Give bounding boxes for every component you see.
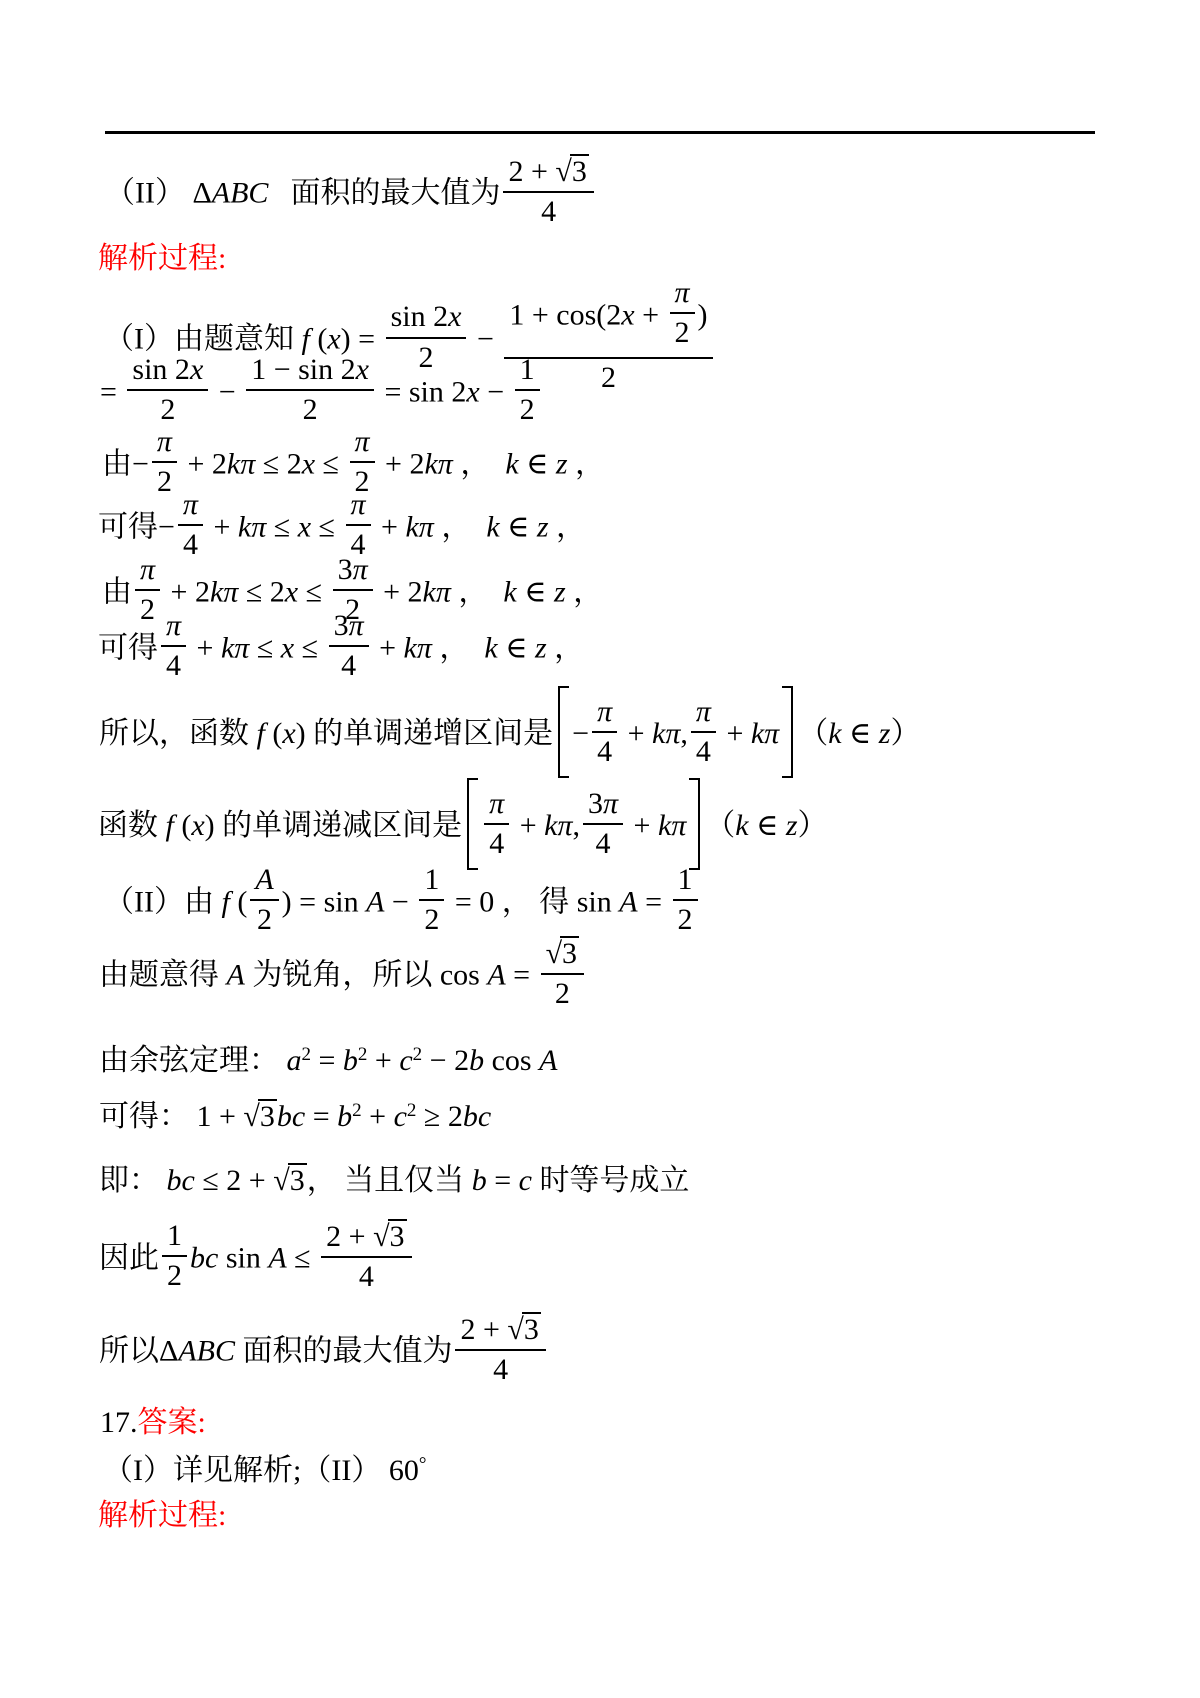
fraction: A2 [250,864,278,937]
text-run: 可得： [99,1100,197,1133]
answer-17-text: （I）详见解析;（II） 60° [103,1452,426,1490]
fraction-denominator: 2 [673,899,698,936]
radical: √3 [546,937,579,970]
math-run: cos A = [440,958,538,991]
math-run: + kπ [626,809,686,842]
math-run: bc ≤ 2 + [167,1164,274,1197]
fraction-denominator: 2 [162,1255,187,1292]
math-run: + 2kπ ≤ 2x ≤ [180,447,347,480]
math-run: 1 [167,1219,182,1252]
math-run: 4 [166,649,181,682]
increasing-interval-conclusion: 所以，函数 f (x) 的单调递增区间是−π4 + kπ,π4 + kπ（k ∈… [99,690,920,782]
text-run: ， [556,510,586,543]
math-run: 3 [390,1220,405,1253]
fraction-numerator: 1 + cos(2x + π2) [504,281,712,357]
fraction: π4 [592,696,617,769]
math-run: + kπ ≤ x ≤ [206,510,343,543]
radicand: 3 [570,154,589,187]
fraction-numerator: π [346,489,371,524]
fraction-numerator: π [152,426,177,461]
text-run: （ [798,717,828,750]
math-run: k ∈ z [486,510,556,543]
text-run: 的单调递减区间是 [215,809,463,842]
spacer [268,201,290,202]
fraction-denominator: 4 [321,1256,411,1293]
superscript: 2 [413,1044,423,1065]
text-run: ， 当且仅当 [307,1164,472,1197]
fraction-denominator: 2 [246,389,374,426]
fraction-numerator: sin 2x [386,301,467,336]
math-run: 2 [520,393,535,426]
math-run: 4 [489,827,504,860]
math-run: − [211,375,243,408]
fraction-numerator: 2 + √3 [321,1219,411,1256]
area-inequality: 因此12bc sin A ≤ 2 + √34 [99,1223,415,1298]
text-run: 解析过程: [98,242,226,275]
text-run: （ [705,809,735,842]
fraction: 3π4 [329,610,369,683]
math-run: sin 2x [391,300,462,333]
text-run: ， [554,631,584,664]
fraction-numerator: 1 − sin 2x [246,354,374,389]
math-run: + 2kπ [376,575,459,608]
text-run: 解析过程: [98,1499,226,1532]
radical: √3 [243,1100,276,1133]
fraction-numerator: π [592,696,617,731]
cosine-rule: 由余弦定理： a2 = b2 + c2 − 2b cos A [99,1042,557,1080]
superscript: 2 [302,1044,312,1065]
heading-analysis-2: 解析过程: [98,1497,226,1535]
inequality-x-decreasing: 可得π4 + kπ ≤ x ≤ 3π4 + kπ ， k ∈ z ， [98,614,584,687]
text-run: ， [573,575,603,608]
formula-cosA: 由题意得 A 为锐角，所以 cos A = √32 [99,940,587,1015]
math-run: 2 [303,393,318,426]
math-run: 2 [160,393,175,426]
fraction: 3π4 [583,788,623,861]
math-run: f (x) [257,717,306,750]
fraction-numerator: A [250,864,278,899]
fraction-denominator: 4 [484,823,509,860]
math-run: k ∈ z [828,717,890,750]
math-run: + c [362,1100,407,1133]
radical: √3 [373,1220,406,1253]
text-run: 由余弦定理： [99,1044,287,1077]
math-run: = 0 [447,885,501,918]
radical: √3 [273,1164,306,1197]
fraction-numerator: 2 + √3 [455,1312,545,1349]
fraction-denominator: 4 [503,191,593,228]
math-run: π [355,425,370,458]
text-run: ， [441,510,486,543]
math-run: 4 [597,735,612,768]
fraction-numerator: 1 [515,354,540,389]
math-run: + kπ [372,631,440,664]
page-divider-line [105,131,1095,134]
fraction-denominator: 4 [583,823,623,860]
math-run: 1 + cos(2x + [509,298,666,331]
fraction-numerator: π [484,788,509,823]
text-run: （I）由题意知 [104,322,302,355]
math-run: 3 [290,1164,305,1197]
math-run: 2 + [460,1313,507,1346]
fraction: sin 2x2 [127,354,208,427]
math-run: f (x) = [302,322,383,355]
math-run: 4 [183,528,198,561]
math-run: 1 + [197,1100,244,1133]
fraction-numerator: sin 2x [127,354,208,389]
fraction-numerator: 3π [333,554,373,589]
text-run: 函数 [98,809,166,842]
math-run: π [696,695,711,728]
math-run: π [597,695,612,728]
fraction: π4 [346,489,371,562]
math-run: + 2kπ ≤ 2x ≤ [163,575,330,608]
text-run: ， [575,447,605,480]
math-run: 2 [675,316,690,349]
math-run: 1 [678,863,693,896]
text-run: 为锐角，所以 [252,958,440,991]
fraction: 2 + √34 [455,1312,545,1387]
answer-16-part2-area-max: （II） ΔABC面积的最大值为2 + √34 [105,158,597,233]
formula-fx-simplified: = sin 2x2 − 1 − sin 2x2 = sin 2x − 12 [100,358,543,431]
text-run: ， 得 [502,885,570,918]
decreasing-interval-conclusion: 函数 f (x) 的单调递减区间是π4 + kπ,3π4 + kπ（k ∈ z） [98,782,828,874]
fraction: 12 [419,864,444,937]
text-run: 的单调递增区间是 [306,717,554,750]
math-run: ) = sin A − [282,885,417,918]
math-run: b = c [472,1164,540,1197]
math-run: π [351,488,366,521]
radical: √3 [507,1313,540,1346]
math-run: − 2b cos A [422,1044,557,1077]
fraction: π4 [484,788,509,861]
radicand: 3 [388,1219,407,1252]
math-run: − [158,510,175,543]
math-run: 4 [493,1353,508,1386]
text-run: 面积的最大值为 [290,176,500,209]
fraction-numerator: π [161,610,186,645]
radical: √3 [555,155,588,188]
answer-17-label: 17.答案: [100,1404,206,1442]
math-run: = [100,375,124,408]
fraction: π4 [691,696,716,769]
math-run: + kπ, [620,717,688,750]
fraction-denominator: 4 [455,1349,545,1386]
text-run: 时等号成立 [539,1164,689,1197]
math-run: 4 [541,195,556,228]
fraction: 2 + √34 [503,154,593,229]
fraction-denominator: 2 [419,899,444,936]
fraction-numerator: √3 [541,936,584,973]
text-run: 可得 [98,631,158,664]
math-run: 2 [257,903,272,936]
math-run: π [157,425,172,458]
math-run: π [489,787,504,820]
fraction-denominator: 4 [691,731,716,768]
superscript: 2 [358,1044,368,1065]
radicand: 3 [288,1163,307,1196]
math-run: + kπ, [512,809,580,842]
math-run: 3 [524,1313,539,1346]
fraction-denominator: 4 [329,645,369,682]
math-run: a [287,1044,302,1077]
math-run: 60 [389,1454,419,1487]
fraction: π4 [161,610,186,683]
math-run: 2 [601,361,616,394]
math-run: A [227,958,253,991]
text-run: ， [458,575,503,608]
fraction-numerator: 1 [673,864,698,899]
fraction-numerator: π [350,426,375,461]
text-run: 因此 [99,1241,159,1274]
math-run: sin A = [569,885,669,918]
math-run: + 2kπ [378,447,461,480]
text-run: （II）由 [104,885,221,918]
math-run: k ∈ z [484,631,554,664]
math-run: π [166,609,181,642]
document-page: （II） ΔABC面积的最大值为2 + √34解析过程:（I）由题意知 f (x… [0,0,1200,1698]
superscript: 2 [407,1100,417,1121]
text-run: 由题意得 [99,958,227,991]
math-run: sin 2x [132,353,203,386]
text-run: 面积的最大值为 [242,1334,452,1367]
math-run: + kπ ≤ x ≤ [189,631,326,664]
text-run: ） [890,717,920,750]
math-run: 3π [588,787,618,820]
fraction-denominator: 2 [541,973,584,1010]
fraction: π2 [152,426,177,499]
math-run: 1 [424,863,439,896]
text-run: 由 [102,447,132,480]
text-run: 答案: [138,1406,206,1439]
math-run: + c [367,1044,412,1077]
fraction: 1 − sin 2x2 [246,354,374,427]
text-run: （II） [105,176,192,209]
inequality-bc-bound: 即： bc ≤ 2 + √3， 当且仅当 b = c 时等号成立 [99,1162,689,1200]
fraction-numerator: 3π [329,610,369,645]
fraction-numerator: 1 [419,864,444,899]
math-run: = b [311,1044,358,1077]
math-run: 4 [696,735,711,768]
math-run: k ∈ z [735,809,797,842]
fraction-numerator: 1 [162,1220,187,1255]
fraction-numerator: π [691,696,716,731]
math-run: bc = b [277,1100,352,1133]
math-run: + kπ [374,510,442,543]
math-run: π [140,553,155,586]
math-run: 3π [338,553,368,586]
fraction-denominator: 4 [178,524,203,561]
math-run: 4 [359,1260,374,1293]
math-run: k ∈ z [505,447,575,480]
math-run: 1 [520,353,535,386]
math-run: − [572,717,589,750]
text-run: 所以 [99,1334,159,1367]
math-run: ΔABC [192,176,268,209]
math-run: 2 [678,903,693,936]
math-run: 2 + [326,1220,373,1253]
math-run: 2 [424,903,439,936]
bracket-open [467,778,478,870]
radicand: 3 [258,1099,277,1132]
math-run: 4 [596,827,611,860]
fraction: √32 [541,936,584,1011]
math-run: ) [698,298,708,331]
fraction-denominator: 4 [592,731,617,768]
text-run: 即： [99,1164,167,1197]
math-run: 3 [572,155,587,188]
inequality-bc-derive: 可得： 1 + √3bc = b2 + c2 ≥ 2bc [99,1098,491,1136]
bracket-close [689,778,700,870]
bracket-open [558,686,569,778]
formula-f-half-A: （II）由 f (A2) = sin A − 12 = 0 ， 得 sin A … [104,868,701,941]
fraction-denominator: 4 [161,645,186,682]
math-run: 3 [260,1100,275,1133]
math-run: ≥ 2bc [416,1100,491,1133]
radicand: 3 [522,1312,541,1345]
fraction-numerator: 3π [583,788,623,823]
bracket-close [782,686,793,778]
fraction: 12 [162,1220,187,1293]
fraction-denominator: 2 [127,389,208,426]
text-run: 可得 [98,510,158,543]
fraction-numerator: π [135,554,160,589]
text-run: 由 [102,575,132,608]
fraction: π4 [178,489,203,562]
text-run: （I）详见解析;（II） [103,1454,389,1487]
math-run: 17. [100,1406,138,1439]
math-run: k ∈ z [503,575,573,608]
math-run: ΔABC [159,1334,242,1367]
fraction: π2 [670,277,695,350]
superscript: ° [419,1454,427,1475]
math-run: + kπ [719,717,779,750]
fraction-numerator: π [178,489,203,524]
fraction: 12 [673,864,698,937]
math-run: 3 [562,937,577,970]
text-run: ， [439,631,484,664]
math-run: 2 [167,1259,182,1292]
fraction: 2 + √34 [321,1219,411,1294]
math-run: 2 + [508,155,555,188]
fraction-denominator: 2 [250,899,278,936]
math-run: bc sin A ≤ [190,1241,318,1274]
math-run: 2 [555,977,570,1010]
math-run: − [132,447,149,480]
math-run: π [183,488,198,521]
area-conclusion: 所以ΔABC 面积的最大值为2 + √34 [99,1316,549,1391]
math-run: = sin 2x − [377,375,512,408]
math-run: f ( [221,885,247,918]
heading-analysis-1: 解析过程: [98,240,226,278]
math-run: f (x) [166,809,215,842]
fraction-denominator: 2 [515,389,540,426]
superscript: 2 [352,1100,362,1121]
math-run: 1 − sin 2x [251,353,369,386]
math-run: − [469,322,501,355]
math-run: A [255,863,273,896]
math-run: 3π [334,609,364,642]
text-run: ） [798,809,828,842]
fraction-denominator: 2 [670,312,695,349]
math-run: π [675,276,690,309]
math-run: 4 [341,649,356,682]
radicand: 3 [560,936,579,969]
fraction-numerator: π [670,277,695,312]
fraction-numerator: 2 + √3 [503,154,593,191]
text-run: ， [460,447,505,480]
fraction: 12 [515,354,540,427]
text-run: 所以，函数 [99,717,257,750]
